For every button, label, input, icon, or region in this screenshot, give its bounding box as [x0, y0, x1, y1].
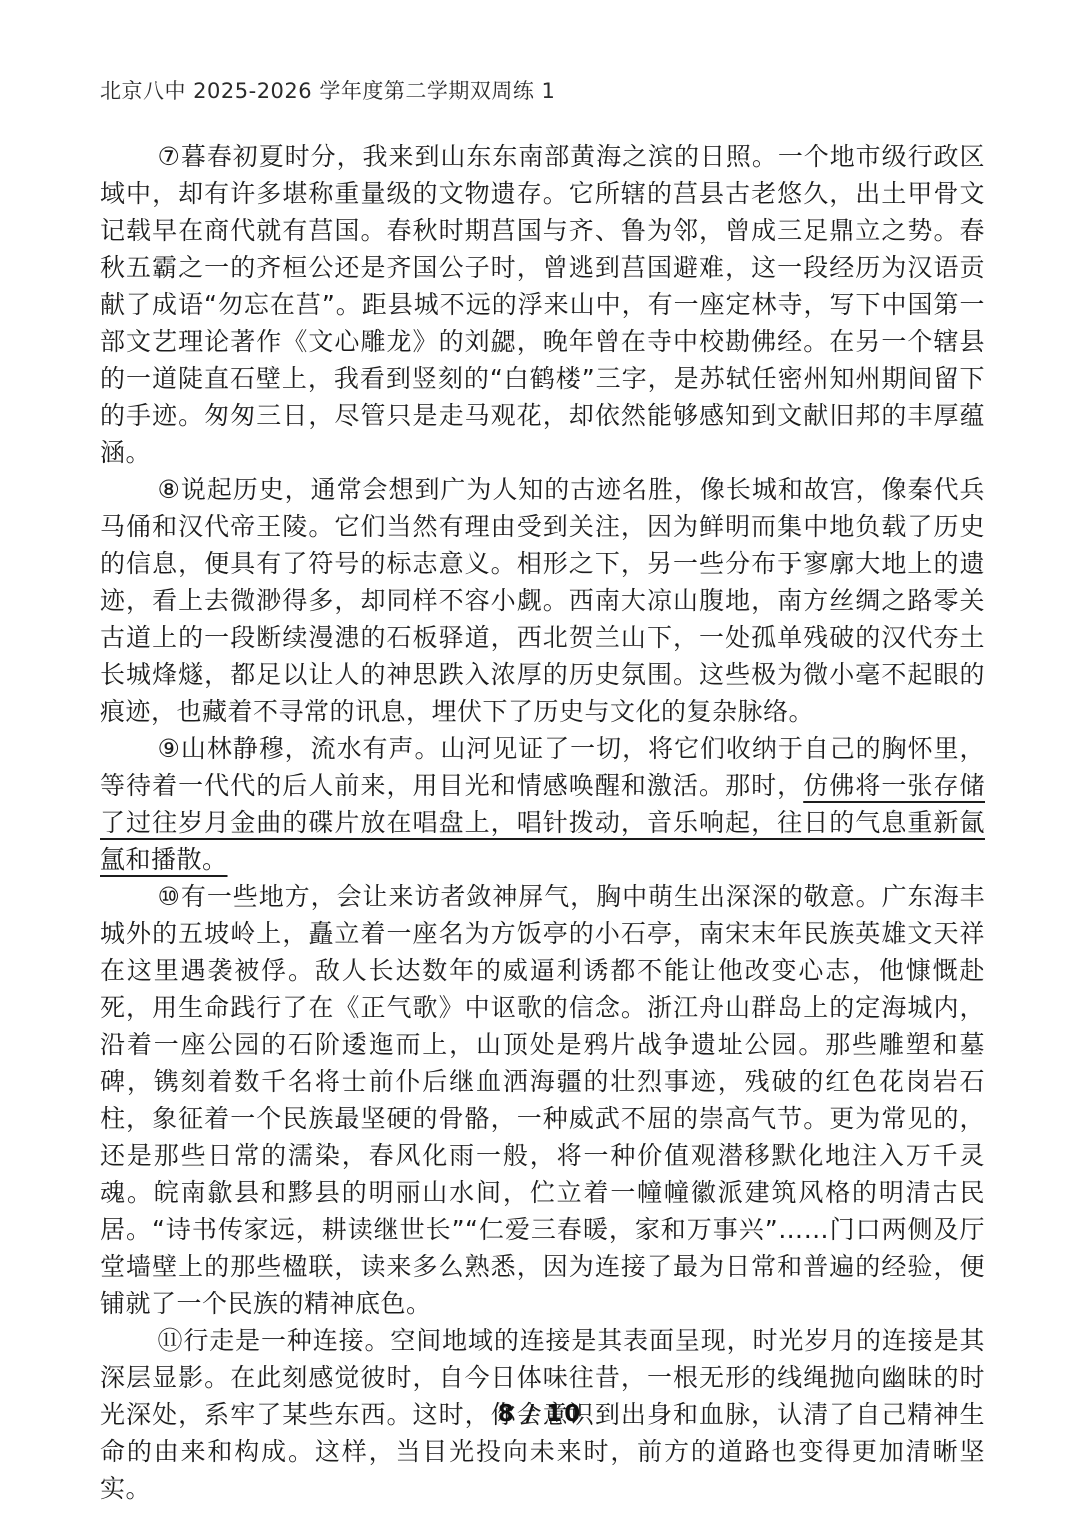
paragraph-8: ⑧说起历史，通常会想到广为人知的古迹名胜，像长城和故宫，像秦代兵马俑和汉代帝王陵… — [100, 471, 985, 730]
document-body: ⑦暮春初夏时分，我来到山东东南部黄海之滨的日照。一个地市级行政区域中，却有许多堪… — [100, 138, 985, 1507]
text-run: ⑧说起历史，通常会想到广为人知的古迹名胜，像长城和故宫，像秦代兵马俑和汉代帝王陵… — [100, 475, 985, 726]
text-run: ⑩有一些地方，会让来访者敛神屏气，胸中萌生出深深的敬意。广东海丰城外的五坡岭上，… — [100, 882, 985, 1318]
document-header-title: 北京八中 2025-2026 学年度第二学期双周练 1 — [100, 78, 985, 104]
paragraph-7: ⑦暮春初夏时分，我来到山东东南部黄海之滨的日照。一个地市级行政区域中，却有许多堪… — [100, 138, 985, 471]
paragraph-10: ⑩有一些地方，会让来访者敛神屏气，胸中萌生出深深的敬意。广东海丰城外的五坡岭上，… — [100, 878, 985, 1322]
stray-dot-mark — [789, 564, 793, 568]
text-run: ⑦暮春初夏时分，我来到山东东南部黄海之滨的日照。一个地市级行政区域中，却有许多堪… — [100, 142, 985, 467]
document-page: 北京八中 2025-2026 学年度第二学期双周练 1 ⑦暮春初夏时分，我来到山… — [0, 0, 1080, 1513]
paragraph-9: ⑨山林静穆，流水有声。山河见证了一切，将它们收纳于自己的胸怀里，等待着一代代的后… — [100, 730, 985, 878]
page-number: 8 / 10 — [0, 1401, 1080, 1427]
